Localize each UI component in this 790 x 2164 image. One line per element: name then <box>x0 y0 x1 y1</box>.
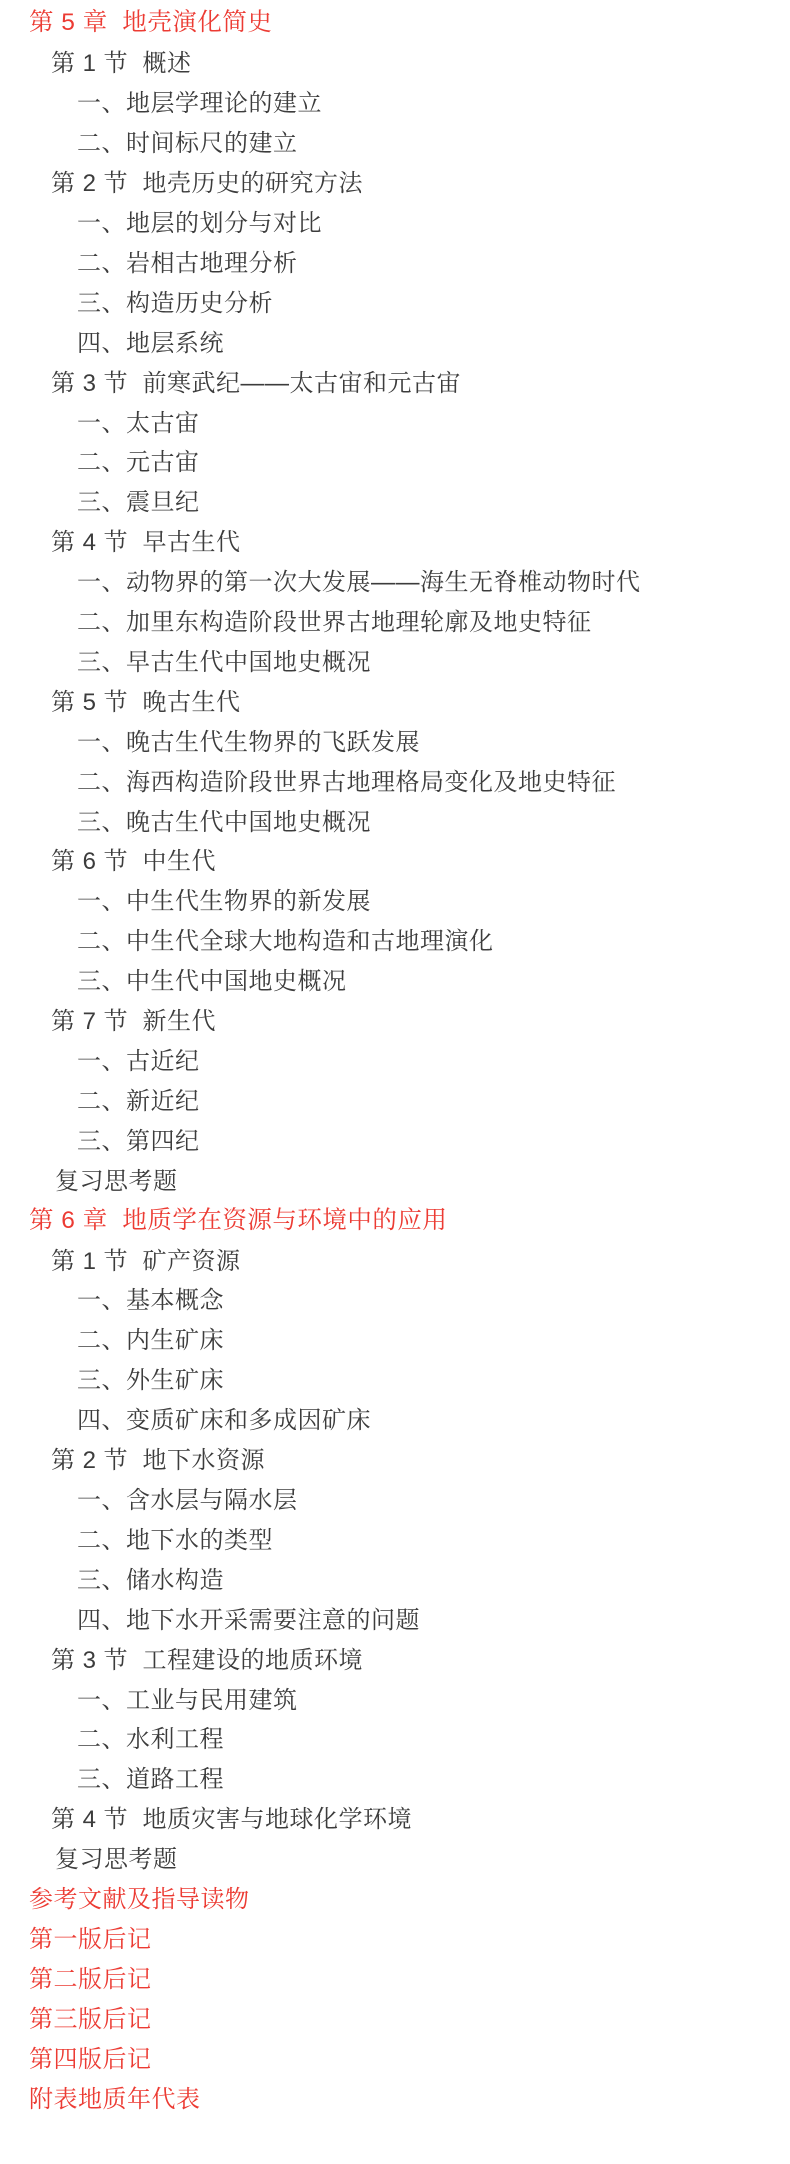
toc-entry-text: 一、基本概念 <box>77 1280 224 1315</box>
toc-entry: 附表地质年代表 <box>0 2076 790 2116</box>
toc-entry-text: 三、早古生代中国地史概况 <box>77 642 371 677</box>
toc-entry-text: 参考文献及指导读物 <box>29 1879 250 1914</box>
toc-entry: 二、水利工程 <box>0 1717 790 1757</box>
toc-entry: 第四版后记 <box>0 2036 790 2076</box>
toc-entry-text: 第 4 节 早古生代 <box>51 522 241 557</box>
toc-entry-text: 三、第四纪 <box>77 1121 200 1156</box>
toc-entry: 三、储水构造 <box>0 1557 790 1597</box>
toc-entry-text: 三、储水构造 <box>77 1560 224 1595</box>
toc-entry-text: 二、新近纪 <box>77 1081 200 1116</box>
toc-entry: 三、晚古生代中国地史概况 <box>0 799 790 839</box>
toc-entry-text: 第 7 节 新生代 <box>51 1001 216 1036</box>
toc-entry-text: 四、地层系统 <box>77 323 224 358</box>
toc-entry-text: 第一版后记 <box>29 1919 152 1954</box>
toc-entry-text: 第 5 节 晚古生代 <box>51 682 241 717</box>
toc-entry-text: 一、中生代生物界的新发展 <box>77 881 371 916</box>
toc-entry-text: 第 6 节 中生代 <box>51 841 216 876</box>
toc-entry: 二、内生矿床 <box>0 1318 790 1358</box>
toc-entry: 二、中生代全球大地构造和古地理演化 <box>0 919 790 959</box>
toc-entry-text: 第 5 章 地壳演化简史 <box>29 3 272 38</box>
toc-entry-text: 二、海西构造阶段世界古地理格局变化及地史特征 <box>77 762 616 797</box>
toc-entry: 第 1 节 矿产资源 <box>0 1238 790 1278</box>
toc-entry-text: 四、地下水开采需要注意的问题 <box>77 1600 420 1635</box>
toc-entry: 第 4 节 早古生代 <box>0 520 790 560</box>
toc-entry-text: 第 1 节 矿产资源 <box>51 1241 241 1276</box>
toc-entry-text: 复习思考题 <box>55 1161 178 1196</box>
toc-entry: 三、中生代中国地史概况 <box>0 959 790 999</box>
toc-entry: 二、海西构造阶段世界古地理格局变化及地史特征 <box>0 759 790 799</box>
toc-entry-text: 三、晚古生代中国地史概况 <box>77 802 371 837</box>
toc-entry: 一、地层的划分与对比 <box>0 201 790 241</box>
toc-entry: 三、构造历史分析 <box>0 280 790 320</box>
toc-entry: 第 3 节 前寒武纪——太古宙和元古宙 <box>0 360 790 400</box>
toc-entry-text: 附表地质年代表 <box>29 2079 201 2114</box>
toc-entry: 三、早古生代中国地史概况 <box>0 640 790 680</box>
toc-entry-text: 二、时间标尺的建立 <box>77 123 298 158</box>
toc-entry: 第 7 节 新生代 <box>0 999 790 1039</box>
toc-entry-text: 三、构造历史分析 <box>77 283 273 318</box>
toc-entry-text: 二、加里东构造阶段世界古地理轮廓及地史特征 <box>77 602 592 637</box>
toc-entry: 四、地下水开采需要注意的问题 <box>0 1597 790 1637</box>
toc-entry: 复习思考题 <box>0 1158 790 1198</box>
toc-entry: 参考文献及指导读物 <box>0 1877 790 1917</box>
toc-entry-text: 第二版后记 <box>29 1959 152 1994</box>
toc-entry-text: 二、岩相古地理分析 <box>77 243 298 278</box>
toc-entry-text: 一、动物界的第一次大发展——海生无脊椎动物时代 <box>77 562 641 597</box>
toc-entry: 一、含水层与隔水层 <box>0 1478 790 1518</box>
toc-entry-text: 一、含水层与隔水层 <box>77 1480 298 1515</box>
toc-entry: 三、震旦纪 <box>0 480 790 520</box>
toc-entry: 一、基本概念 <box>0 1278 790 1318</box>
toc-entry-text: 第四版后记 <box>29 2039 152 2074</box>
toc-entry: 二、新近纪 <box>0 1078 790 1118</box>
toc-entry: 一、动物界的第一次大发展——海生无脊椎动物时代 <box>0 560 790 600</box>
toc-entry: 第 6 章 地质学在资源与环境中的应用 <box>0 1198 790 1238</box>
toc-entry-text: 第三版后记 <box>29 1999 152 2034</box>
toc-entry: 一、中生代生物界的新发展 <box>0 879 790 919</box>
toc-entry-text: 第 3 节 工程建设的地质环境 <box>51 1640 363 1675</box>
toc-entry: 四、变质矿床和多成因矿床 <box>0 1398 790 1438</box>
toc-entry: 一、晚古生代生物界的飞跃发展 <box>0 719 790 759</box>
toc-entry: 第三版后记 <box>0 1996 790 2036</box>
toc-entry: 第 2 节 地壳历史的研究方法 <box>0 161 790 201</box>
toc-entry-text: 二、地下水的类型 <box>77 1520 273 1555</box>
toc-entry-text: 三、中生代中国地史概况 <box>77 961 347 996</box>
toc-entry: 三、第四纪 <box>0 1118 790 1158</box>
toc-entry-text: 第 2 节 地壳历史的研究方法 <box>51 163 363 198</box>
toc-entry-text: 二、水利工程 <box>77 1719 224 1754</box>
toc-entry-text: 第 6 章 地质学在资源与环境中的应用 <box>29 1201 447 1236</box>
toc-entry: 第 1 节 概述 <box>0 41 790 81</box>
toc-entry-text: 二、元古宙 <box>77 442 200 477</box>
toc-entry-text: 复习思考题 <box>55 1839 178 1874</box>
toc-entry: 第 2 节 地下水资源 <box>0 1438 790 1478</box>
toc-entry-text: 一、古近纪 <box>77 1041 200 1076</box>
toc-entry-text: 第 4 节 地质灾害与地球化学环境 <box>51 1799 412 1834</box>
toc-entry-text: 第 2 节 地下水资源 <box>51 1440 265 1475</box>
toc-entry: 二、元古宙 <box>0 440 790 480</box>
toc-entry: 二、地下水的类型 <box>0 1517 790 1557</box>
toc-entry: 二、岩相古地理分析 <box>0 240 790 280</box>
toc-entry: 一、古近纪 <box>0 1039 790 1079</box>
toc-entry-text: 二、中生代全球大地构造和古地理演化 <box>77 921 494 956</box>
toc-entry-text: 第 3 节 前寒武纪——太古宙和元古宙 <box>51 363 461 398</box>
toc-entry: 第 5 节 晚古生代 <box>0 679 790 719</box>
toc-entry-text: 一、晚古生代生物界的飞跃发展 <box>77 722 420 757</box>
toc-entry: 一、工业与民用建筑 <box>0 1677 790 1717</box>
toc-entry: 第二版后记 <box>0 1956 790 1996</box>
toc-entry: 第一版后记 <box>0 1917 790 1957</box>
toc-entry-text: 一、地层学理论的建立 <box>77 83 322 118</box>
toc-entry-text: 三、道路工程 <box>77 1759 224 1794</box>
toc-entry-text: 四、变质矿床和多成因矿床 <box>77 1400 371 1435</box>
toc-entry-text: 一、工业与民用建筑 <box>77 1680 298 1715</box>
toc-entry-text: 一、太古宙 <box>77 403 200 438</box>
toc-entry: 一、地层学理论的建立 <box>0 81 790 121</box>
toc-entry: 二、加里东构造阶段世界古地理轮廓及地史特征 <box>0 600 790 640</box>
toc-entry: 第 3 节 工程建设的地质环境 <box>0 1637 790 1677</box>
toc-entry: 一、太古宙 <box>0 400 790 440</box>
toc-entry-text: 第 1 节 概述 <box>51 43 192 78</box>
toc-entry-text: 三、震旦纪 <box>77 482 200 517</box>
toc-entry: 三、外生矿床 <box>0 1358 790 1398</box>
toc-entry: 二、时间标尺的建立 <box>0 121 790 161</box>
toc-entry: 三、道路工程 <box>0 1757 790 1797</box>
toc-entry: 第 4 节 地质灾害与地球化学环境 <box>0 1797 790 1837</box>
toc-entry: 第 5 章 地壳演化简史 <box>0 1 790 41</box>
toc-entry: 复习思考题 <box>0 1837 790 1877</box>
toc-entry: 第 6 节 中生代 <box>0 839 790 879</box>
toc-entry-text: 三、外生矿床 <box>77 1360 224 1395</box>
toc-entry-text: 一、地层的划分与对比 <box>77 203 322 238</box>
toc-entry: 四、地层系统 <box>0 320 790 360</box>
table-of-contents-page: 第 5 章 地壳演化简史 第 1 节 概述 一、地层学理论的建立 二、时间标尺的… <box>0 0 790 2116</box>
toc-entry-text: 二、内生矿床 <box>77 1320 224 1355</box>
